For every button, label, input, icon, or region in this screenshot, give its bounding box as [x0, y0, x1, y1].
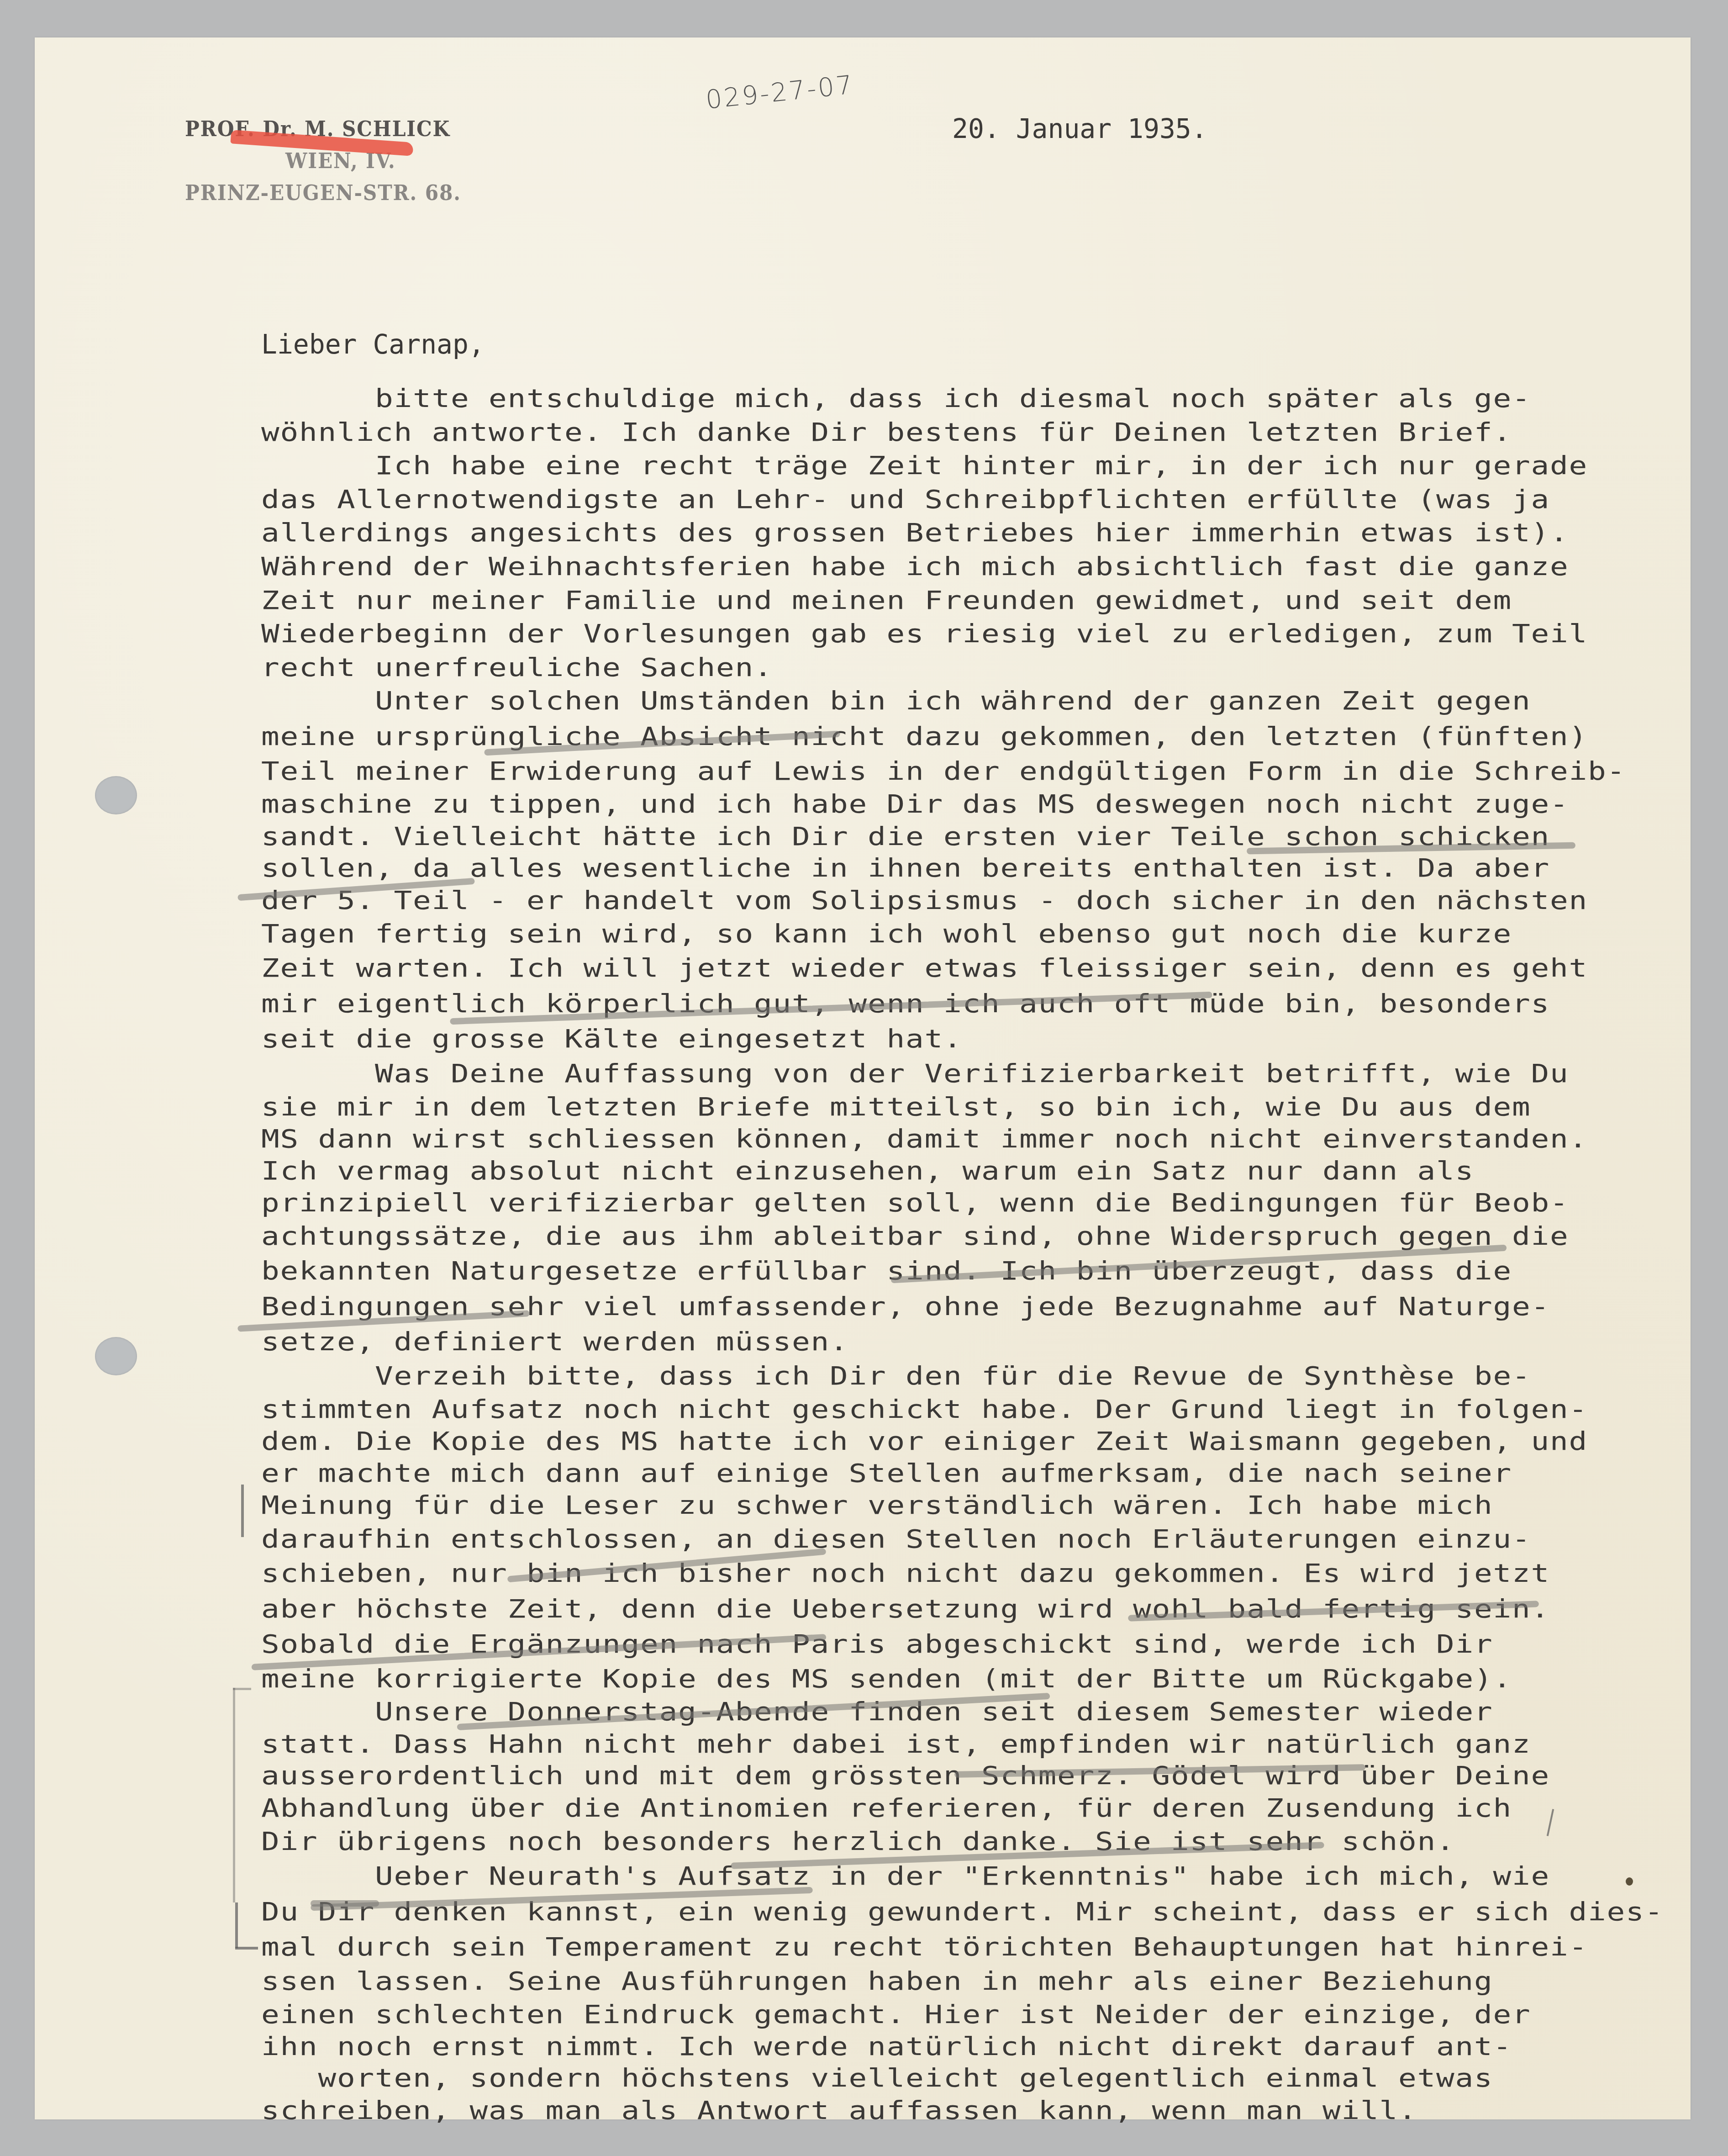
- margin-bracket: [233, 1688, 235, 1902]
- text-line: Unter solchen Umständen bin ich während …: [261, 686, 1531, 716]
- text-line: allerdings angesichts des grossen Betrie…: [261, 518, 1569, 548]
- text-line: Meinung für die Leser zu schwer verständ…: [261, 1490, 1493, 1520]
- text-line: stimmten Aufsatz noch nicht geschickt ha…: [261, 1395, 1588, 1424]
- text-line: Zeit nur meiner Familie und meinen Freun…: [261, 586, 1512, 615]
- pencil-underline: [311, 1900, 379, 1907]
- letter-date: 20. Januar 1935.: [952, 113, 1207, 144]
- text-line: Ich habe eine recht träge Zeit hinter mi…: [261, 451, 1588, 481]
- text-line: sollen, da alles wesentliche in ihnen be…: [261, 853, 1550, 883]
- text-line: meine ursprüngliche Absicht nicht dazu g…: [261, 722, 1588, 751]
- text-line: bitte entschuldige mich, dass ich diesma…: [261, 384, 1531, 413]
- punch-hole-bottom: [95, 1337, 137, 1375]
- text-line: Während der Weihnachtsferien habe ich mi…: [261, 552, 1569, 581]
- text-line: ihn noch ernst nimmt. Ich werde natürlic…: [261, 2032, 1512, 2061]
- text-line: seit die grosse Kälte eingesetzt hat.: [261, 1024, 963, 1054]
- text-line: Tagen fertig sein wird, so kann ich wohl…: [261, 919, 1512, 949]
- text-line: bekannten Naturgesetze erfüllbar sind. I…: [261, 1256, 1512, 1286]
- text-line: achtungssätze, die aus ihm ableitbar sin…: [261, 1221, 1569, 1251]
- text-line: Teil meiner Erwiderung auf Lewis in der …: [261, 756, 1626, 786]
- text-line: MS dann wirst schliessen können, damit i…: [261, 1124, 1588, 1154]
- text-line: Ich vermag absolut nicht einzusehen, war…: [261, 1156, 1474, 1186]
- text-line: einen schlechten Eindruck gemacht. Hier …: [261, 2000, 1531, 2029]
- margin-bracket: [235, 1902, 238, 1948]
- margin-dot: [1626, 1877, 1633, 1886]
- punch-hole-top: [95, 776, 137, 814]
- text-line: Was Deine Auffassung von der Verifizierb…: [261, 1059, 1569, 1089]
- text-line: dem. Die Kopie des MS hatte ich vor eini…: [261, 1427, 1588, 1456]
- text-line: maschine zu tippen, und ich habe Dir das…: [261, 789, 1569, 819]
- text-line: worten, sondern höchstens vielleicht gel…: [261, 2063, 1493, 2093]
- margin-bracket: [241, 1485, 244, 1537]
- salutation: Lieber Carnap,: [261, 329, 485, 360]
- text-line: der 5. Teil - er handelt vom Solipsismus…: [261, 886, 1588, 915]
- text-line: meine korrigierte Kopie des MS senden (m…: [261, 1664, 1512, 1694]
- text-line: Dir übrigens noch besonders herzlich dan…: [261, 1827, 1455, 1856]
- margin-bracket: [235, 1947, 258, 1950]
- text-line: sie mir in dem letzten Briefe mitteilst,…: [261, 1092, 1531, 1122]
- text-line: Verzeih bitte, dass ich Dir den für die …: [261, 1361, 1531, 1391]
- margin-bracket: [233, 1688, 251, 1690]
- text-line: schieben, nur bin ich bisher noch nicht …: [261, 1559, 1550, 1588]
- text-line: statt. Dass Hahn nicht mehr dabei ist, e…: [261, 1729, 1531, 1759]
- text-line: Ueber Neurath's Aufsatz in der "Erkenntn…: [261, 1861, 1550, 1891]
- text-line: setze, definiert werden müssen.: [261, 1327, 849, 1357]
- text-line: daraufhin entschlossen, an diesen Stelle…: [261, 1524, 1531, 1554]
- text-line: recht unerfreuliche Sachen.: [261, 653, 773, 682]
- text-line: Zeit warten. Ich will jetzt wieder etwas…: [261, 953, 1588, 983]
- text-line: schreiben, was man als Antwort auffassen…: [261, 2096, 1417, 2125]
- text-line: Abhandlung über die Antinomien referiere…: [261, 1793, 1512, 1823]
- text-line: mal durch sein Temperament zu recht töri…: [261, 1932, 1588, 1962]
- text-line: prinzipiell verifizierbar gelten soll, w…: [261, 1188, 1569, 1218]
- text-line: ssen lassen. Seine Ausführungen haben in…: [261, 1966, 1493, 1996]
- text-line: wöhnlich antworte. Ich danke Dir bestens…: [261, 417, 1512, 447]
- text-line: das Allernotwendigste an Lehr- und Schre…: [261, 485, 1550, 514]
- text-line: Wiederbeginn der Vorlesungen gab es ries…: [261, 619, 1588, 649]
- letterhead-street: PRINZ-EUGEN-STR. 68.: [185, 180, 461, 205]
- text-line: er machte mich dann auf einige Stellen a…: [261, 1458, 1512, 1488]
